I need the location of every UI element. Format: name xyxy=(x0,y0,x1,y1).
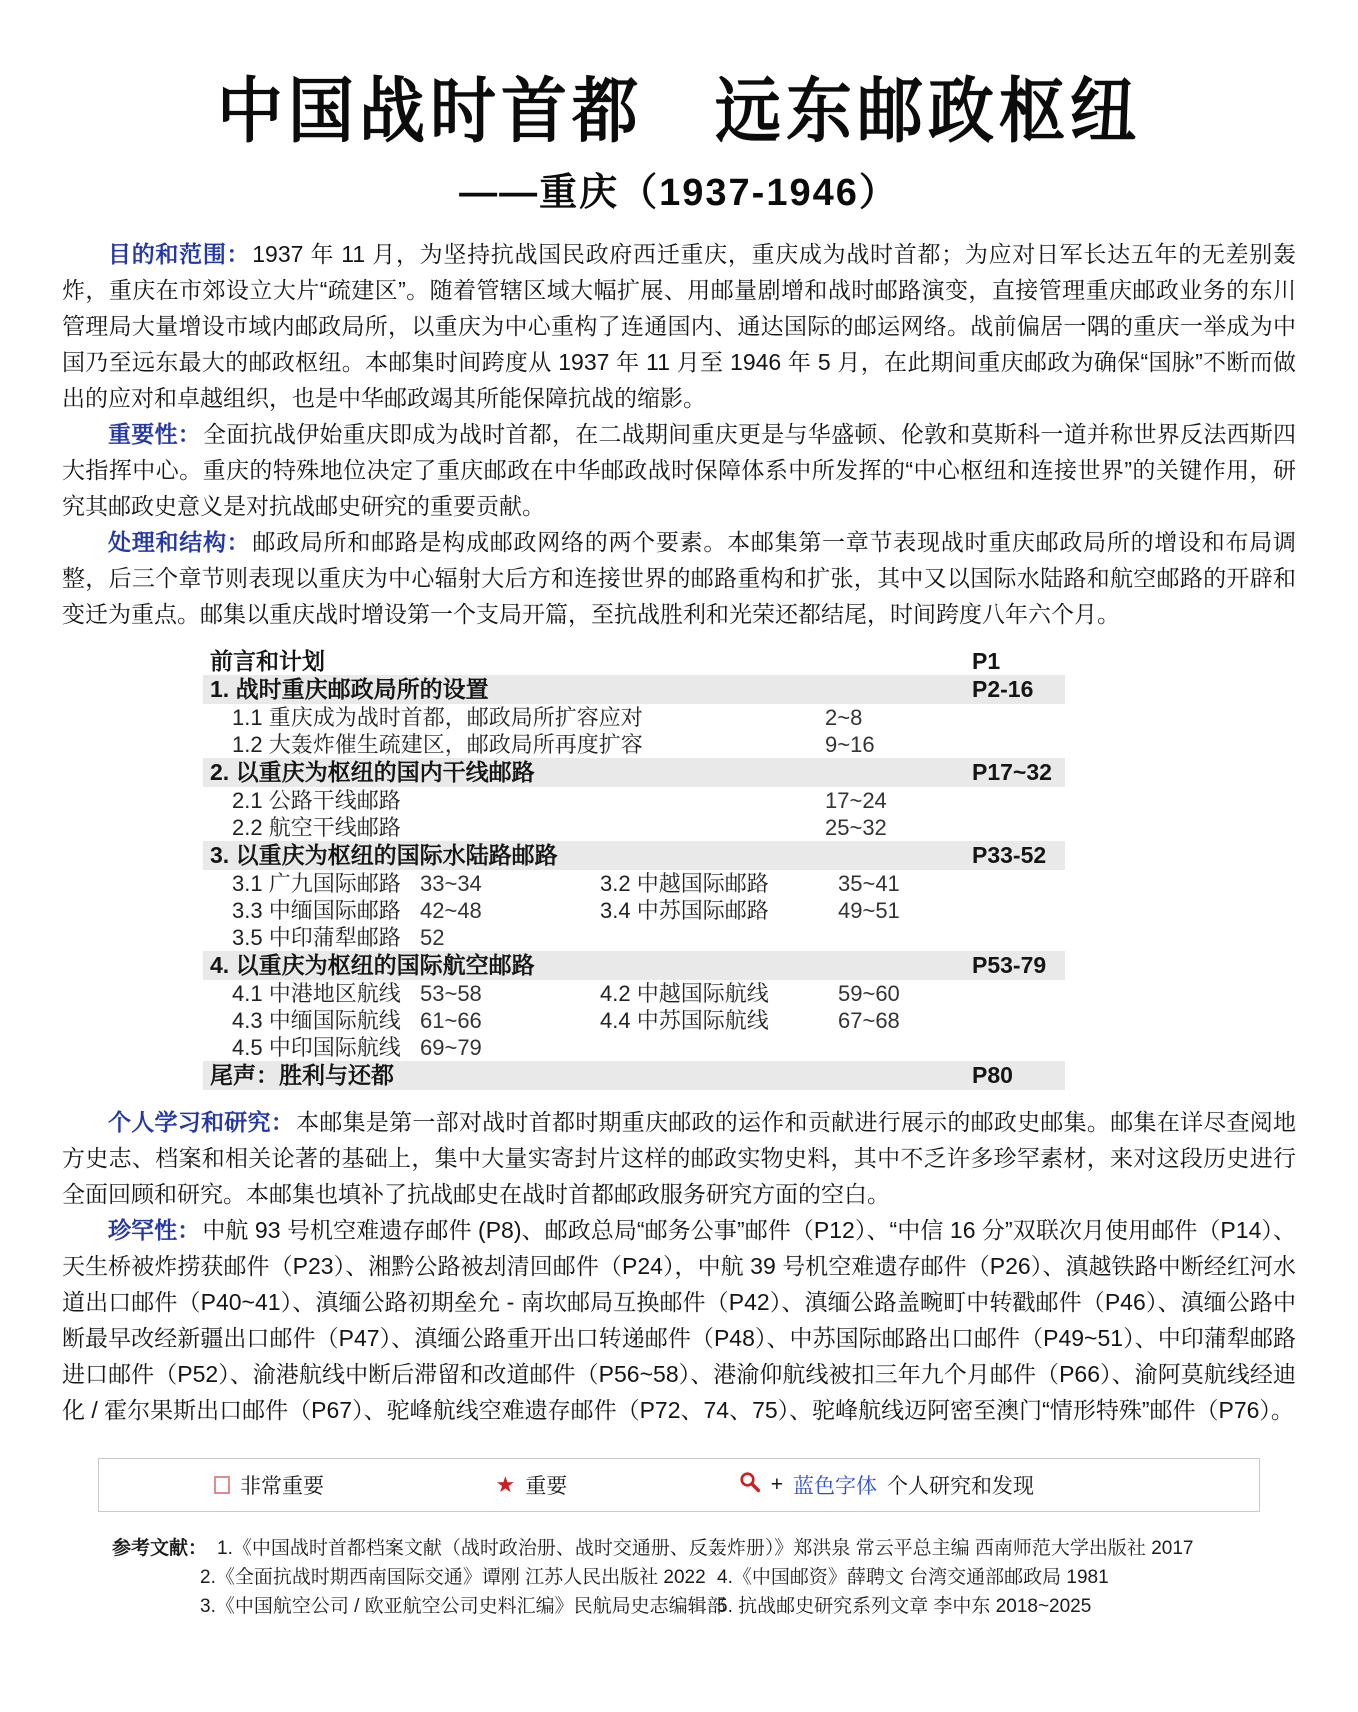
exhibit-synopsis-page: 中国战时首都远东邮政枢纽 ——重庆（1937-1946） 目的和范围：1937 … xyxy=(0,0,1358,1712)
toc-entry-title: 1.1 重庆成为战时首都，邮政局所扩容应对 xyxy=(232,705,825,730)
intro-paragraphs: 目的和范围：1937 年 11 月，为坚持抗战国民政府西迁重庆，重庆成为战时首都… xyxy=(62,236,1296,632)
toc-entry-page: 9~16 xyxy=(825,732,1065,757)
paragraph-label: 目的和范围： xyxy=(108,241,250,267)
toc-section-row: 4. 以重庆为枢纽的国际航空邮路P53-79 xyxy=(203,951,1065,980)
toc-subentry-row: 1.1 重庆成为战时首都，邮政局所扩容应对2~8 xyxy=(203,704,1065,731)
toc-entry-page: 69~79 xyxy=(420,1035,600,1060)
toc-entry-title: 4.1 中港地区航线 xyxy=(232,981,420,1006)
toc-entry-title: 1.2 大轰炸催生疏建区，邮政局所再度扩容 xyxy=(232,732,825,757)
paragraph-label: 处理和结构： xyxy=(108,529,250,555)
legend-item-research: + 蓝色字体 个人研究和发现 xyxy=(739,1470,1034,1500)
toc-entry-title: 3.3 中缅国际邮路 xyxy=(232,898,420,923)
reference-item: 2.《全面抗战时期西南国际交通》谭刚 江苏人民出版社 2022 xyxy=(200,1563,717,1592)
toc-entry-title: 1. 战时重庆邮政局所的设置 xyxy=(210,677,972,702)
toc-subentry-row: 2.1 公路干线邮路17~24 xyxy=(203,787,1065,814)
toc-entry-title: 2.2 航空干线邮路 xyxy=(232,815,825,840)
toc-entry-page xyxy=(838,925,1065,950)
toc-subentry-row: 2.2 航空干线邮路25~32 xyxy=(203,814,1065,841)
paragraph-label: 个人学习和研究： xyxy=(108,1109,294,1135)
page-header: 中国战时首都远东邮政枢纽 ——重庆（1937-1946） xyxy=(0,0,1358,216)
page-title-right: 远东邮政枢纽 xyxy=(715,71,1141,151)
reference-item: 1.《中国战时首都档案文献（战时政治册、战时交通册、反轰炸册）》郑洪泉 常云平总… xyxy=(217,1534,1193,1563)
toc-entry-title xyxy=(600,1035,838,1060)
toc-entry-title: 4.5 中印国际航线 xyxy=(232,1035,420,1060)
references-grid: 2.《全面抗战时期西南国际交通》谭刚 江苏人民出版社 2022 4.《中国邮资》… xyxy=(200,1563,1358,1621)
page-title: 中国战时首都远东邮政枢纽 xyxy=(0,72,1358,150)
legend-blue-font-label: 蓝色字体 xyxy=(793,1470,877,1500)
red-star-icon: ★ xyxy=(496,1474,516,1496)
legend-important-label: 重要 xyxy=(525,1470,567,1500)
references-first-line: 参考文献： 1.《中国战时首都档案文献（战时政治册、战时交通册、反轰炸册）》郑洪… xyxy=(112,1534,1358,1563)
toc-entry-page: P2-16 xyxy=(972,677,1065,702)
toc-entry-page xyxy=(838,1035,1065,1060)
toc-entry-page: P33-52 xyxy=(972,843,1065,868)
paragraph: 目的和范围：1937 年 11 月，为坚持抗战国民政府西迁重庆，重庆成为战时首都… xyxy=(62,236,1296,416)
toc-entry-page: 33~34 xyxy=(420,871,600,896)
closing-paragraphs: 个人学习和研究：本邮集是第一部对战时首都时期重庆邮政的运作和贡献进行展示的邮政史… xyxy=(62,1104,1296,1428)
toc-entry-page: P80 xyxy=(972,1063,1065,1088)
toc-subentry-two-column-row: 4.5 中印国际航线69~79 xyxy=(203,1034,1065,1061)
toc-entry-page: 49~51 xyxy=(838,898,1065,923)
paragraph: 珍罕性：中航 93 号机空难遗存邮件 (P8)、邮政总局“邮务公事”邮件（P12… xyxy=(62,1212,1296,1428)
toc-subentry-two-column-row: 4.1 中港地区航线53~584.2 中越国际航线59~60 xyxy=(203,980,1065,1007)
toc-entry-page: P1 xyxy=(972,649,1065,674)
toc-section-row: 尾声：胜利与还都P80 xyxy=(203,1061,1065,1090)
legend-box: 非常重要 ★ 重要 + 蓝色字体 个人研究和发现 xyxy=(98,1458,1260,1512)
toc-entry-title: 4.3 中缅国际航线 xyxy=(232,1008,420,1033)
toc-subentry-two-column-row: 3.1 广九国际邮路33~343.2 中越国际邮路35~41 xyxy=(203,870,1065,897)
references: 参考文献： 1.《中国战时首都档案文献（战时政治册、战时交通册、反轰炸册）》郑洪… xyxy=(112,1534,1358,1621)
references-label: 参考文献： xyxy=(112,1534,207,1563)
page-subtitle: ——重庆（1937-1946） xyxy=(0,161,1358,216)
toc-entry-title xyxy=(600,925,838,950)
legend-plus-sign: + xyxy=(771,1473,783,1497)
paragraph-text: 中航 93 号机空难遗存邮件 (P8)、邮政总局“邮务公事”邮件（P12）、“中… xyxy=(62,1217,1296,1423)
toc-entry-title: 3. 以重庆为枢纽的国际水陆路邮路 xyxy=(210,843,972,868)
toc-entry-page: 17~24 xyxy=(825,788,1065,813)
toc-entry-title: 3.2 中越国际邮路 xyxy=(600,871,838,896)
toc-entry-page: P53-79 xyxy=(972,953,1065,978)
toc-section-row: 1. 战时重庆邮政局所的设置P2-16 xyxy=(203,675,1065,704)
toc-entry-page: P17~32 xyxy=(972,760,1065,785)
toc-entry-page: 2~8 xyxy=(825,705,1065,730)
toc-entry-title: 4.4 中苏国际航线 xyxy=(600,1008,838,1033)
toc-section-row: 3. 以重庆为枢纽的国际水陆路邮路P33-52 xyxy=(203,841,1065,870)
toc-entry-page: 59~60 xyxy=(838,981,1065,1006)
toc-section-row: 2. 以重庆为枢纽的国内干线邮路P17~32 xyxy=(203,758,1065,787)
toc-entry-title: 3.1 广九国际邮路 xyxy=(232,871,420,896)
reference-item: 4.《中国邮资》薛聘文 台湾交通部邮政局 1981 xyxy=(717,1563,1358,1592)
page-title-left: 中国战时首都 xyxy=(217,71,643,151)
paragraph-text: 全面抗战伊始重庆即成为战时首都，在二战期间重庆更是与华盛顿、伦敦和莫斯科一道并称… xyxy=(62,421,1296,519)
paragraph: 处理和结构：邮政局所和邮路是构成邮政网络的两个要素。本邮集第一章节表现战时重庆邮… xyxy=(62,524,1296,632)
toc-entry-title: 2.1 公路干线邮路 xyxy=(232,788,825,813)
legend-item-very-important: 非常重要 xyxy=(214,1470,324,1500)
paragraph-label: 珍罕性： xyxy=(108,1217,200,1243)
toc-subentry-two-column-row: 4.3 中缅国际航线61~664.4 中苏国际航线67~68 xyxy=(203,1007,1065,1034)
toc-entry-page: 35~41 xyxy=(838,871,1065,896)
reference-item: 3.《中国航空公司 / 欧亚航空公司史料汇编》民航局史志编辑部 xyxy=(200,1592,717,1621)
table-of-contents: 前言和计划P11. 战时重庆邮政局所的设置P2-161.1 重庆成为战时首都，邮… xyxy=(203,648,1065,1090)
legend-item-important: ★ 重要 xyxy=(496,1470,568,1500)
toc-entry-page: 67~68 xyxy=(838,1008,1065,1033)
toc-entry-page: 25~32 xyxy=(825,815,1065,840)
toc-subentry-two-column-row: 3.5 中印蒲犁邮路52 xyxy=(203,924,1065,951)
paragraph: 个人学习和研究：本邮集是第一部对战时首都时期重庆邮政的运作和贡献进行展示的邮政史… xyxy=(62,1104,1296,1212)
legend-research-label: 个人研究和发现 xyxy=(887,1470,1034,1500)
toc-entry-title: 2. 以重庆为枢纽的国内干线邮路 xyxy=(210,760,972,785)
magnifier-icon xyxy=(739,1471,761,1499)
red-square-icon xyxy=(214,1476,230,1494)
toc-subentry-two-column-row: 3.3 中缅国际邮路42~483.4 中苏国际邮路49~51 xyxy=(203,897,1065,924)
paragraph-label: 重要性： xyxy=(108,421,201,447)
reference-item: 5. 抗战邮史研究系列文章 李中东 2018~2025 xyxy=(717,1592,1358,1621)
toc-entry-title: 尾声：胜利与还都 xyxy=(210,1063,972,1088)
toc-entry-title: 4. 以重庆为枢纽的国际航空邮路 xyxy=(210,953,972,978)
toc-entry-title: 前言和计划 xyxy=(210,649,972,674)
toc-entry-title: 3.5 中印蒲犁邮路 xyxy=(232,925,420,950)
toc-entry-title: 4.2 中越国际航线 xyxy=(600,981,838,1006)
legend-very-important-label: 非常重要 xyxy=(240,1470,324,1500)
paragraph: 重要性：全面抗战伊始重庆即成为战时首都，在二战期间重庆更是与华盛顿、伦敦和莫斯科… xyxy=(62,416,1296,524)
toc-entry-page: 53~58 xyxy=(420,981,600,1006)
toc-entry-page: 52 xyxy=(420,925,600,950)
toc-subentry-row: 1.2 大轰炸催生疏建区，邮政局所再度扩容9~16 xyxy=(203,731,1065,758)
toc-preface-row: 前言和计划P1 xyxy=(203,648,1065,675)
toc-entry-page: 61~66 xyxy=(420,1008,600,1033)
toc-entry-page: 42~48 xyxy=(420,898,600,923)
toc-entry-title: 3.4 中苏国际邮路 xyxy=(600,898,838,923)
